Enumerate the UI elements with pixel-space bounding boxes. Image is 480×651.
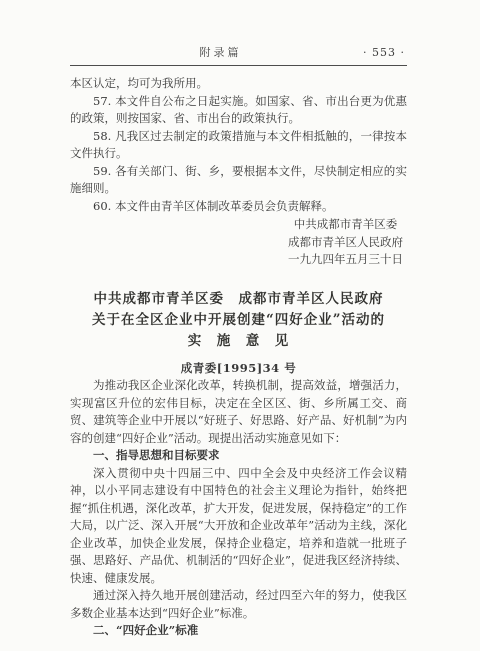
document-body: 本区认定，均可为我所用。 57. 本文件自公布之日起实施。如国家、省、市出台更为… (70, 75, 407, 640)
intro-paragraph: 为推动我区企业深化改革，转换机制，提高效益，增强活力，实现富区升位的宏伟目标，决… (70, 377, 407, 447)
running-header: 附录篇 · 553 · (70, 46, 407, 66)
continuation-line: 本区认定，均可为我所用。 (70, 75, 407, 93)
section-1-paragraph-1: 深入贯彻中央十四届三中、四中全会及中央经济工作会议精神，以小平同志建设有中国特色… (70, 465, 407, 588)
document-title: 中共成都市青羊区委 成都市青羊区人民政府 关于在全区企业中开展创建“四好企业”活… (70, 289, 407, 352)
signature-line-party-committee: 中共成都市青羊区委 (288, 216, 403, 234)
signature-block: 中共成都市青羊区委 成都市青羊区人民政府 一九九四年五月三十日 (288, 216, 403, 269)
numbered-item-58: 58. 凡我区过去制定的政策措施与本文件相抵触的，一律按本文件执行。 (70, 128, 407, 163)
signature-line-date: 一九九四年五月三十日 (288, 251, 403, 269)
numbered-item-60: 60. 本文件由青羊区体制改革委员会负责解释。 (70, 198, 407, 216)
signature-line-government: 成都市青羊区人民政府 (288, 234, 403, 252)
running-header-section-title: 附录篇 (200, 46, 242, 60)
scanned-document-page: 附录篇 · 553 · 本区认定，均可为我所用。 57. 本文件自公布之日起实施… (0, 0, 480, 651)
numbered-item-59: 59. 各有关部门、街、乡，要根据本文件，尽快制定相应的实施细则。 (70, 163, 407, 198)
document-title-type: 实 施 意 见 (70, 331, 407, 352)
document-title-issuers: 中共成都市青羊区委 成都市青羊区人民政府 (70, 289, 407, 310)
numbered-item-57: 57. 本文件自公布之日起实施。如国家、省、市出台更为优惠的政策，则按国家、省、… (70, 93, 407, 128)
section-2-heading: 二、“四好企业”标准 (70, 622, 407, 640)
document-number: 成青委[1995]34 号 (70, 360, 407, 378)
document-title-subject: 关于在全区企业中开展创建“四好企业”活动的 (70, 310, 407, 331)
section-1-paragraph-2: 通过深入持久地开展创建活动，经过四至六年的努力，使我区多数企业基本达到“四好企业… (70, 587, 407, 622)
running-header-page-number: · 553 · (363, 46, 405, 60)
section-1-heading: 一、指导思想和目标要求 (70, 447, 407, 465)
page-content: 附录篇 · 553 · 本区认定，均可为我所用。 57. 本文件自公布之日起实施… (70, 46, 407, 640)
